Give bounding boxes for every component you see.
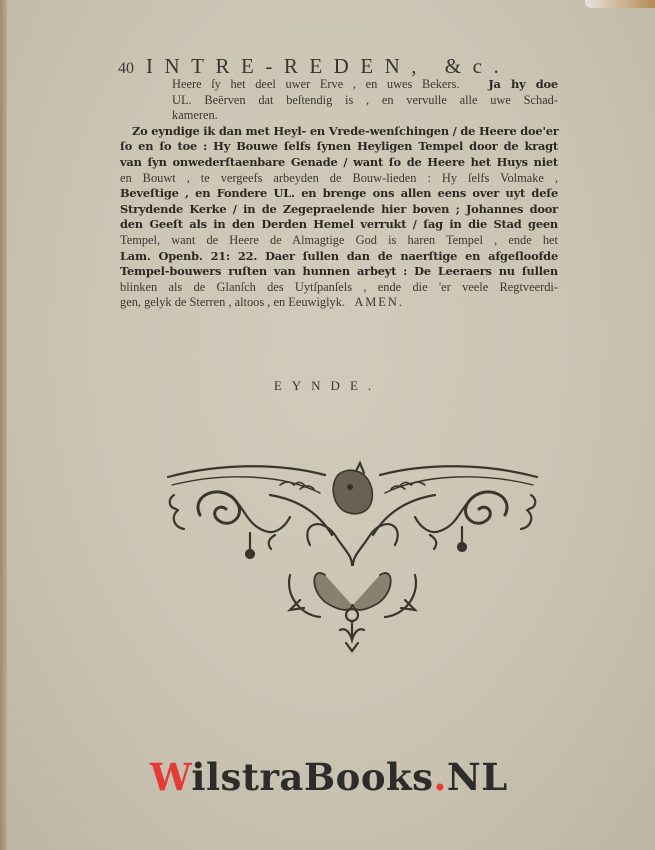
text-line: Zo eyndige ik dan met Heyl- en Vrede-wen… — [120, 124, 558, 140]
amen: AMEN. — [354, 295, 404, 309]
text-line: den Geeſt als in den Derden Hemel verruk… — [120, 217, 558, 233]
text-line: blinken als de Glanſch des Uytſpanſels ,… — [120, 280, 558, 296]
body-text: Heere ſy het deel uwer Erve , en uwes Be… — [120, 77, 558, 311]
watermark-suffix: NL — [447, 755, 508, 799]
text-line: Lam. Openb. 21: 22. Daer ſullen dan de n… — [120, 249, 558, 265]
text-line: Tempel-bouwers ruſten van hunnen arbeyt … — [120, 264, 558, 280]
text-line: en Bouwt , te vergeefs arbeyden de Bouw-… — [120, 171, 558, 187]
text-line: Heere ſy het deel uwer Erve , en uwes Be… — [120, 77, 558, 93]
closing-word: EYNDE. — [0, 378, 655, 394]
text-line: UL. Beërven dat beſtendig is , en vervul… — [120, 93, 558, 109]
ornament-icon — [160, 455, 545, 655]
watermark-logo: WilstraBooks.NL — [150, 755, 510, 799]
text-line: kameren. — [120, 108, 558, 124]
text-line: ſo en ſo toe : Hy Bouwe ſelfs ſynen Heyl… — [120, 139, 558, 155]
book-page: 40 INTRE-REDEN, &c. Heere ſy het deel uw… — [0, 0, 655, 850]
watermark-name: ilstraBooks — [191, 755, 433, 799]
watermark-dot: . — [434, 755, 447, 799]
page-corner — [585, 0, 655, 8]
text-line: van ſyn onwederſtaenbare Genade / want ſ… — [120, 155, 558, 171]
page-number: 40 — [118, 60, 134, 78]
running-head: 40 INTRE-REDEN, &c. — [118, 54, 548, 79]
text-line: gen, gelyk de Sterren , altoos , en Eeuw… — [120, 295, 558, 311]
page-gutter-edge — [0, 0, 7, 850]
text-line: Tempel, want de Heere de Almagtige God i… — [120, 233, 558, 249]
running-title: INTRE-REDEN, &c. — [146, 54, 510, 79]
text-line: Beveſtige , en Fondere UL. en brenge ons… — [120, 186, 558, 202]
watermark-first-letter: W — [150, 755, 191, 799]
text-line: Strydende Kerke / in de Zegepraelende hi… — [120, 202, 558, 218]
